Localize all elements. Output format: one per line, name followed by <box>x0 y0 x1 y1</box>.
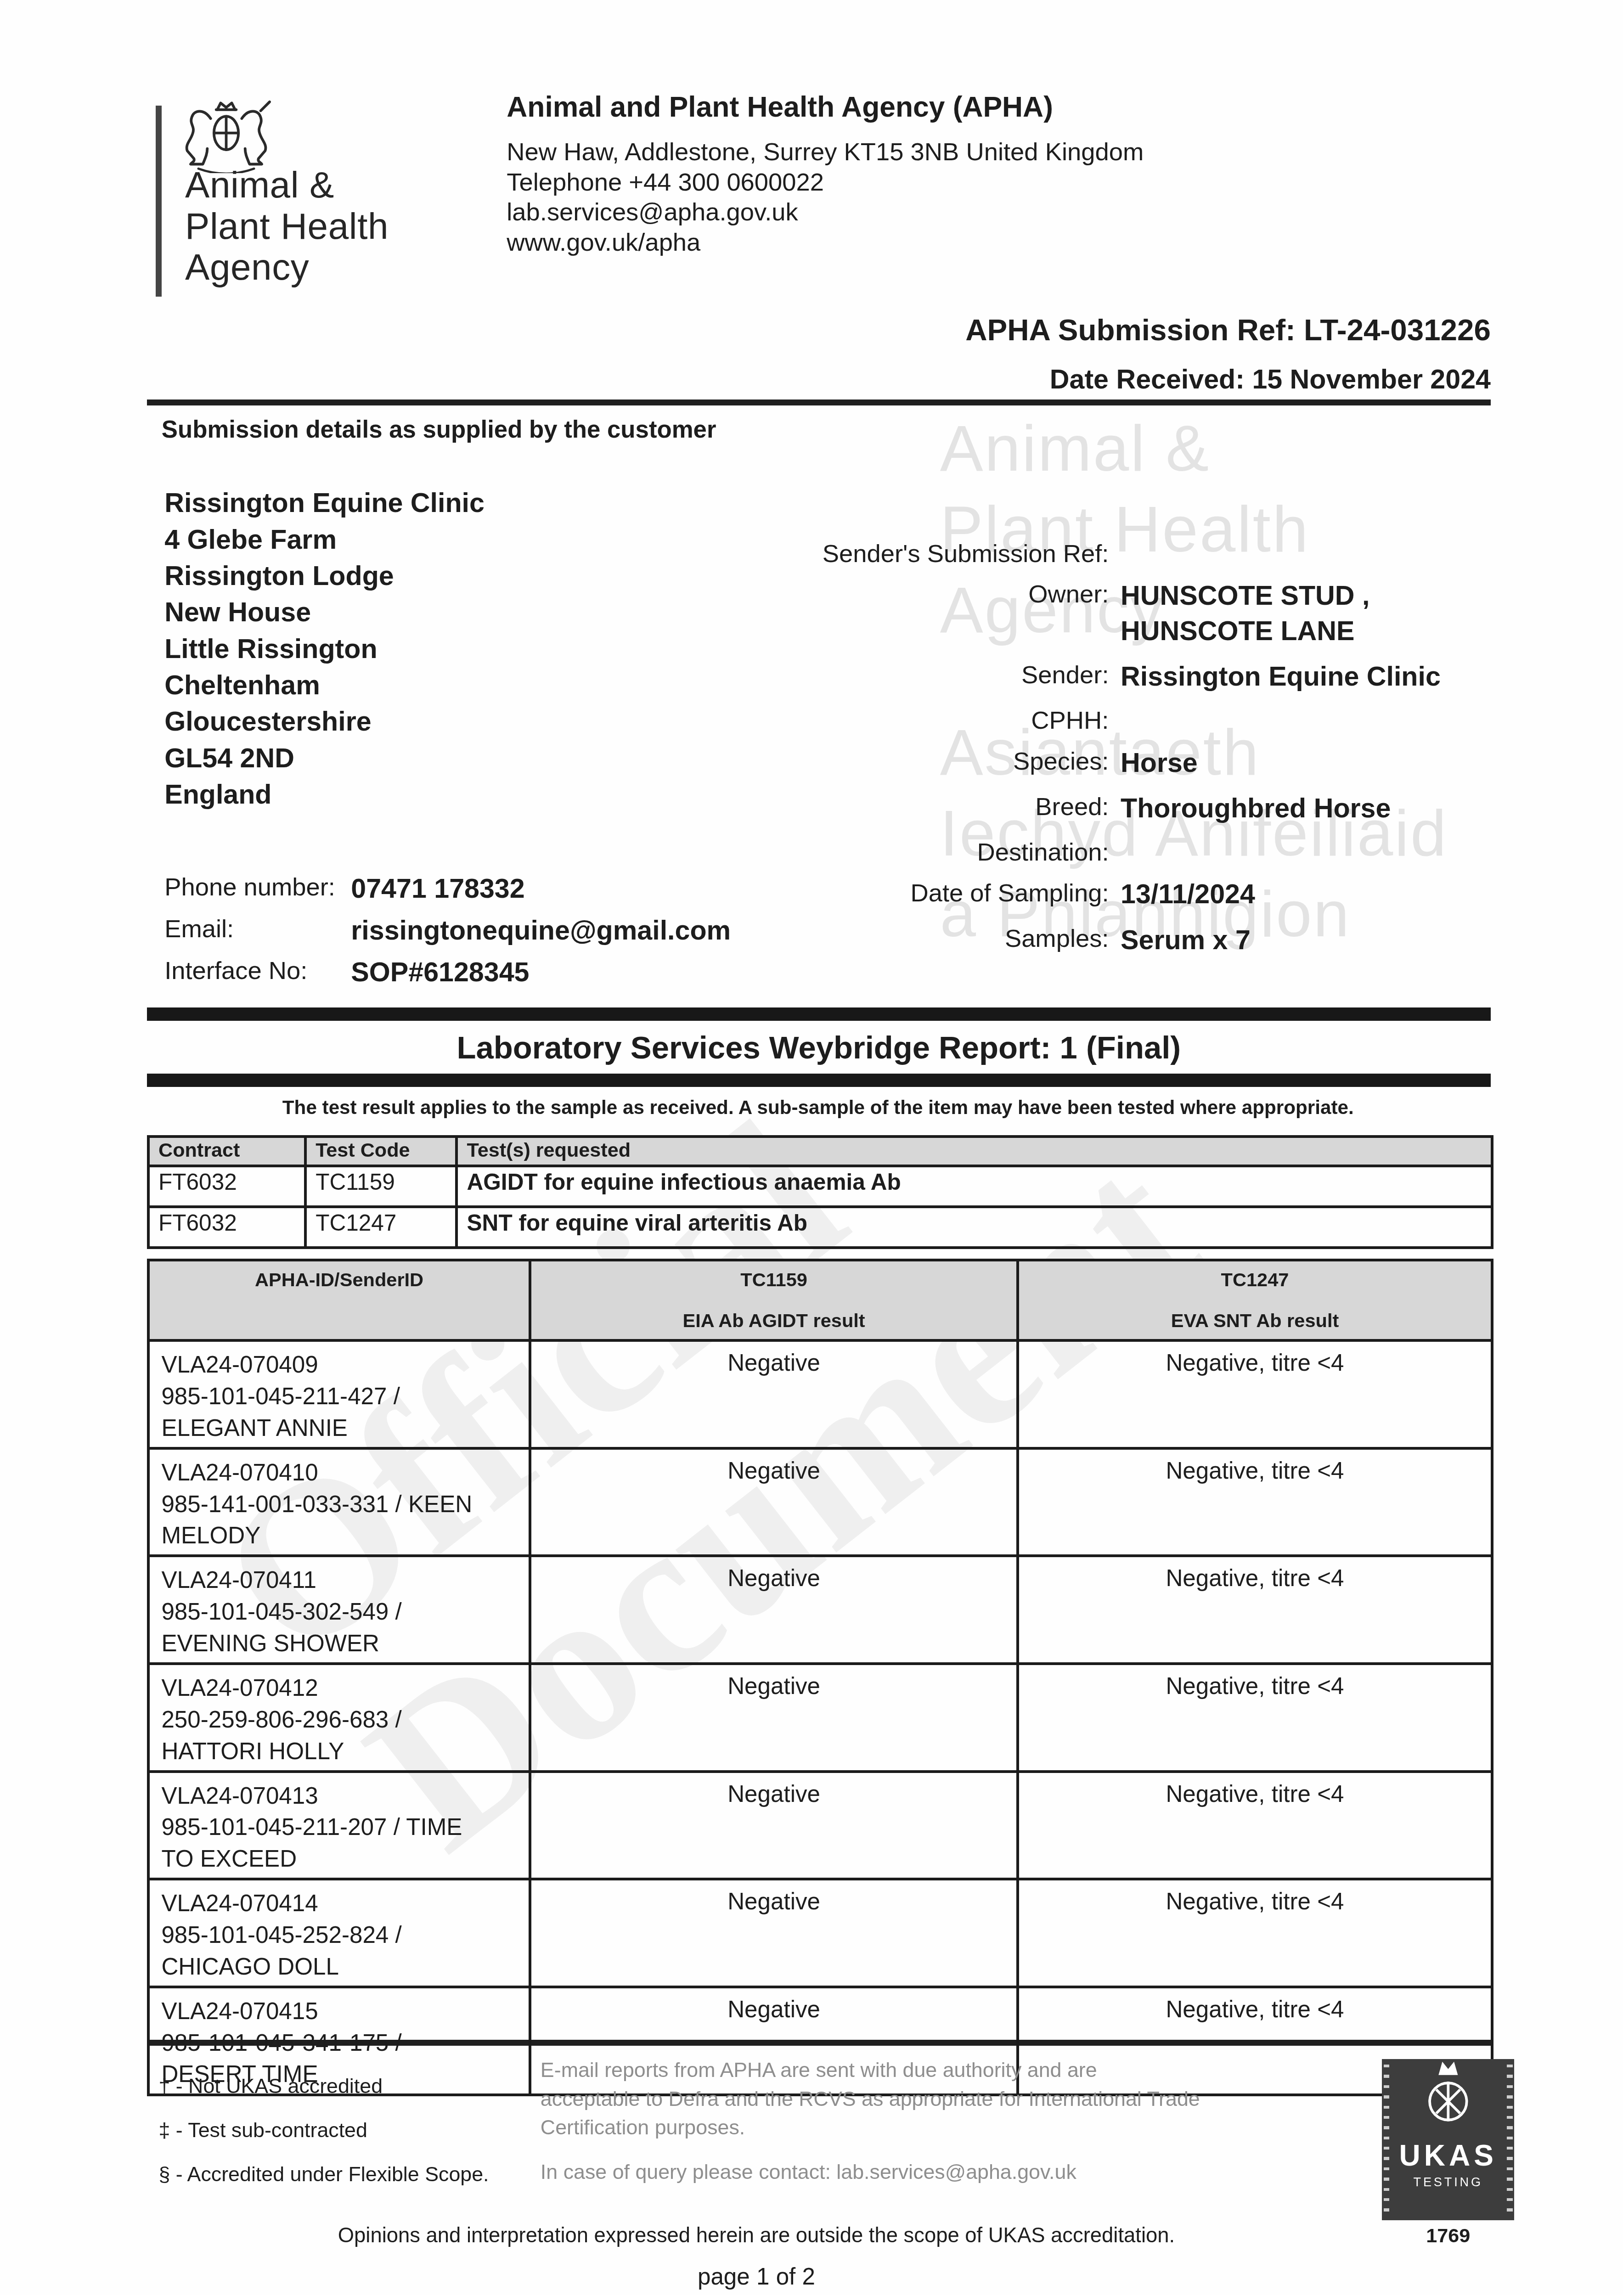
tests-requested-table: Contract Test Code Test(s) requested FT6… <box>147 1135 1493 1249</box>
agency-website: www.gov.uk/apha <box>507 227 1144 258</box>
eva-result: Negative, titre <4 <box>1018 1340 1492 1448</box>
species-value: Horse <box>1121 745 1514 781</box>
sampling-date-label: Date of Sampling: <box>702 877 1109 907</box>
sender-label: Sender: <box>702 659 1109 689</box>
ukas-testing-logo: UKAS TESTING <box>1382 2059 1514 2221</box>
submission-ref-block: APHA Submission Ref: LT-24-031226 Date R… <box>965 313 1491 395</box>
destination-label: Destination: <box>702 836 1109 867</box>
chip-number: 985-101-045-341-175 / <box>161 2027 517 2059</box>
samples-label: Samples: <box>702 923 1109 953</box>
address-line: Little Rissington <box>164 630 485 667</box>
test-code-header: Test Code <box>305 1137 456 1166</box>
email-value: rissingtonequine@gmail.com <box>351 914 731 946</box>
address-line: 4 Glebe Farm <box>164 521 485 557</box>
result-row: VLA24-070412 250-259-806-296-683 / HATTO… <box>148 1664 1492 1772</box>
animal-name: HATTORI HOLLY <box>161 1736 517 1767</box>
agency-email: lab.services@apha.gov.uk <box>507 197 1144 227</box>
query-contact-note: In case of query please contact: lab.ser… <box>541 2158 1234 2186</box>
animal-name: MELODY <box>161 1520 517 1552</box>
agency-info-block: Animal and Plant Health Agency (APHA) Ne… <box>507 91 1144 257</box>
address-line: England <box>164 776 485 812</box>
contract-header: Contract <box>148 1137 305 1166</box>
tests-table-row: FT6032 TC1159 AGIDT for equine infectiou… <box>148 1166 1492 1207</box>
tests-table-header-row: Contract Test Code Test(s) requested <box>148 1137 1492 1166</box>
email-label: Email: <box>164 914 351 946</box>
results-table: APHA-ID/SenderID TC1159 EIA Ab AGIDT res… <box>147 1259 1493 2096</box>
breed-label: Breed: <box>702 791 1109 821</box>
sample-id: VLA24-070412 <box>161 1672 517 1704</box>
date-received: Date Received: 15 November 2024 <box>965 363 1491 395</box>
chip-number: 985-141-001-033-331 / KEEN <box>161 1489 517 1520</box>
submission-details-heading: Submission details as supplied by the cu… <box>162 416 716 444</box>
interface-label: Interface No: <box>164 956 351 988</box>
animal-name: TO EXCEED <box>161 1843 517 1875</box>
brand-vertical-bar <box>156 106 162 297</box>
owner-value: HUNSCOTE STUD , HUNSCOTE LANE <box>1121 578 1514 649</box>
brand-wordmark: Animal & Plant Health Agency <box>185 164 389 288</box>
sender-ref-label: Sender's Submission Ref: <box>702 537 1109 568</box>
tests-requested-header: Test(s) requested <box>456 1137 1492 1166</box>
apha-id-header: APHA-ID/SenderID <box>148 1260 530 1340</box>
agency-title: Animal and Plant Health Agency (APHA) <box>507 91 1144 124</box>
results-header-row: APHA-ID/SenderID TC1159 EIA Ab AGIDT res… <box>148 1260 1492 1340</box>
page-number: page 1 of 2 <box>147 2263 1366 2290</box>
eia-result: Negative <box>530 1448 1018 1556</box>
customer-address: Rissington Equine Clinic 4 Glebe Farm Ri… <box>164 484 485 812</box>
phone-label: Phone number: <box>164 872 351 904</box>
animal-name: ELEGANT ANNIE <box>161 1412 517 1444</box>
sample-id: VLA24-070413 <box>161 1780 517 1812</box>
eva-result: Negative, titre <4 <box>1018 1556 1492 1664</box>
address-line: Cheltenham <box>164 667 485 703</box>
sender-value: Rissington Equine Clinic <box>1121 659 1514 694</box>
eva-result: Negative, titre <4 <box>1018 1664 1492 1772</box>
tc1247-header: TC1247 EVA SNT Ab result <box>1018 1260 1492 1340</box>
owner-label: Owner: <box>702 578 1109 608</box>
sender-details: Sender's Submission Ref: Owner: HUNSCOTE… <box>702 537 1514 957</box>
result-row: VLA24-070413 985-101-045-211-207 / TIME … <box>148 1772 1492 1880</box>
chip-number: 985-101-045-211-427 / <box>161 1381 517 1412</box>
eia-result: Negative <box>530 1340 1018 1448</box>
address-line: Rissington Lodge <box>164 557 485 594</box>
address-line: Gloucestershire <box>164 703 485 739</box>
breed-value: Thoroughbred Horse <box>1121 791 1514 826</box>
address-line: GL54 2ND <box>164 740 485 776</box>
top-divider <box>147 400 1491 405</box>
footnote: ‡ - Test sub-contracted <box>158 2109 489 2153</box>
tests-table-row: FT6032 TC1247 SNT for equine viral arter… <box>148 1207 1492 1248</box>
footnote: § - Accredited under Flexible Scope. <box>158 2153 489 2197</box>
sample-id: VLA24-070410 <box>161 1457 517 1489</box>
ukas-number: 1769 <box>1382 2225 1514 2247</box>
result-row: VLA24-070411 985-101-045-302-549 / EVENI… <box>148 1556 1492 1664</box>
animal-name: CHICAGO DOLL <box>161 1951 517 1983</box>
eia-result: Negative <box>530 1879 1018 1987</box>
customer-contact: Phone number: 07471 178332 Email: rissin… <box>164 872 731 988</box>
lab-report-page: Animal & Plant Health Agency Asiantaeth … <box>0 0 1623 2295</box>
ukas-scope-note: Opinions and interpretation expressed he… <box>147 2223 1366 2247</box>
chip-number: 985-101-045-211-207 / TIME <box>161 1812 517 1843</box>
result-row: VLA24-070414 985-101-045-252-824 / CHICA… <box>148 1879 1492 1987</box>
agency-address: New Haw, Addlestone, Surrey KT15 3NB Uni… <box>507 137 1144 167</box>
sample-id: VLA24-070414 <box>161 1888 517 1919</box>
report-title: Laboratory Services Weybridge Report: 1 … <box>147 1030 1491 1066</box>
cphh-label: CPHH: <box>702 704 1109 735</box>
accreditation-footnotes: † - Not UKAS accredited ‡ - Test sub-con… <box>158 2065 489 2197</box>
submission-ref: APHA Submission Ref: LT-24-031226 <box>965 313 1491 347</box>
tc1159-header: TC1159 EIA Ab AGIDT result <box>530 1260 1018 1340</box>
eia-result: Negative <box>530 1664 1018 1772</box>
animal-name: EVENING SHOWER <box>161 1628 517 1660</box>
agency-telephone: Telephone +44 300 0600022 <box>507 167 1144 197</box>
footnote: † - Not UKAS accredited <box>158 2065 489 2109</box>
result-row: VLA24-070410 985-141-001-033-331 / KEEN … <box>148 1448 1492 1556</box>
watermark-line: Animal & <box>940 408 1448 489</box>
chip-number: 985-101-045-302-549 / <box>161 1596 517 1628</box>
samples-value: Serum x 7 <box>1121 923 1514 958</box>
sample-id: VLA24-070409 <box>161 1349 517 1381</box>
eva-result: Negative, titre <4 <box>1018 1772 1492 1880</box>
eva-result: Negative, titre <4 <box>1018 1879 1492 1987</box>
report-note: The test result applies to the sample as… <box>223 1097 1413 1118</box>
title-bar-bottom <box>147 1074 1491 1087</box>
result-row: VLA24-070409 985-101-045-211-427 / ELEGA… <box>148 1340 1492 1448</box>
species-label: Species: <box>702 745 1109 776</box>
sampling-date-value: 13/11/2024 <box>1121 877 1514 912</box>
eva-result: Negative, titre <4 <box>1018 1448 1492 1556</box>
email-authority-note: E-mail reports from APHA are sent with d… <box>541 2056 1234 2187</box>
chip-number: 985-101-045-252-824 / <box>161 1919 517 1951</box>
sample-id: VLA24-070411 <box>161 1564 517 1596</box>
chip-number: 250-259-806-296-683 / <box>161 1704 517 1736</box>
title-bar-top <box>147 1007 1491 1021</box>
phone-value: 07471 178332 <box>351 872 731 904</box>
interface-value: SOP#6128345 <box>351 956 731 988</box>
eia-result: Negative <box>530 1556 1018 1664</box>
address-line: New House <box>164 594 485 630</box>
ukas-emblem-icon <box>1409 2059 1488 2141</box>
eia-result: Negative <box>530 1772 1018 1880</box>
address-line: Rissington Equine Clinic <box>164 484 485 521</box>
sample-id: VLA24-070415 <box>161 1996 517 2027</box>
